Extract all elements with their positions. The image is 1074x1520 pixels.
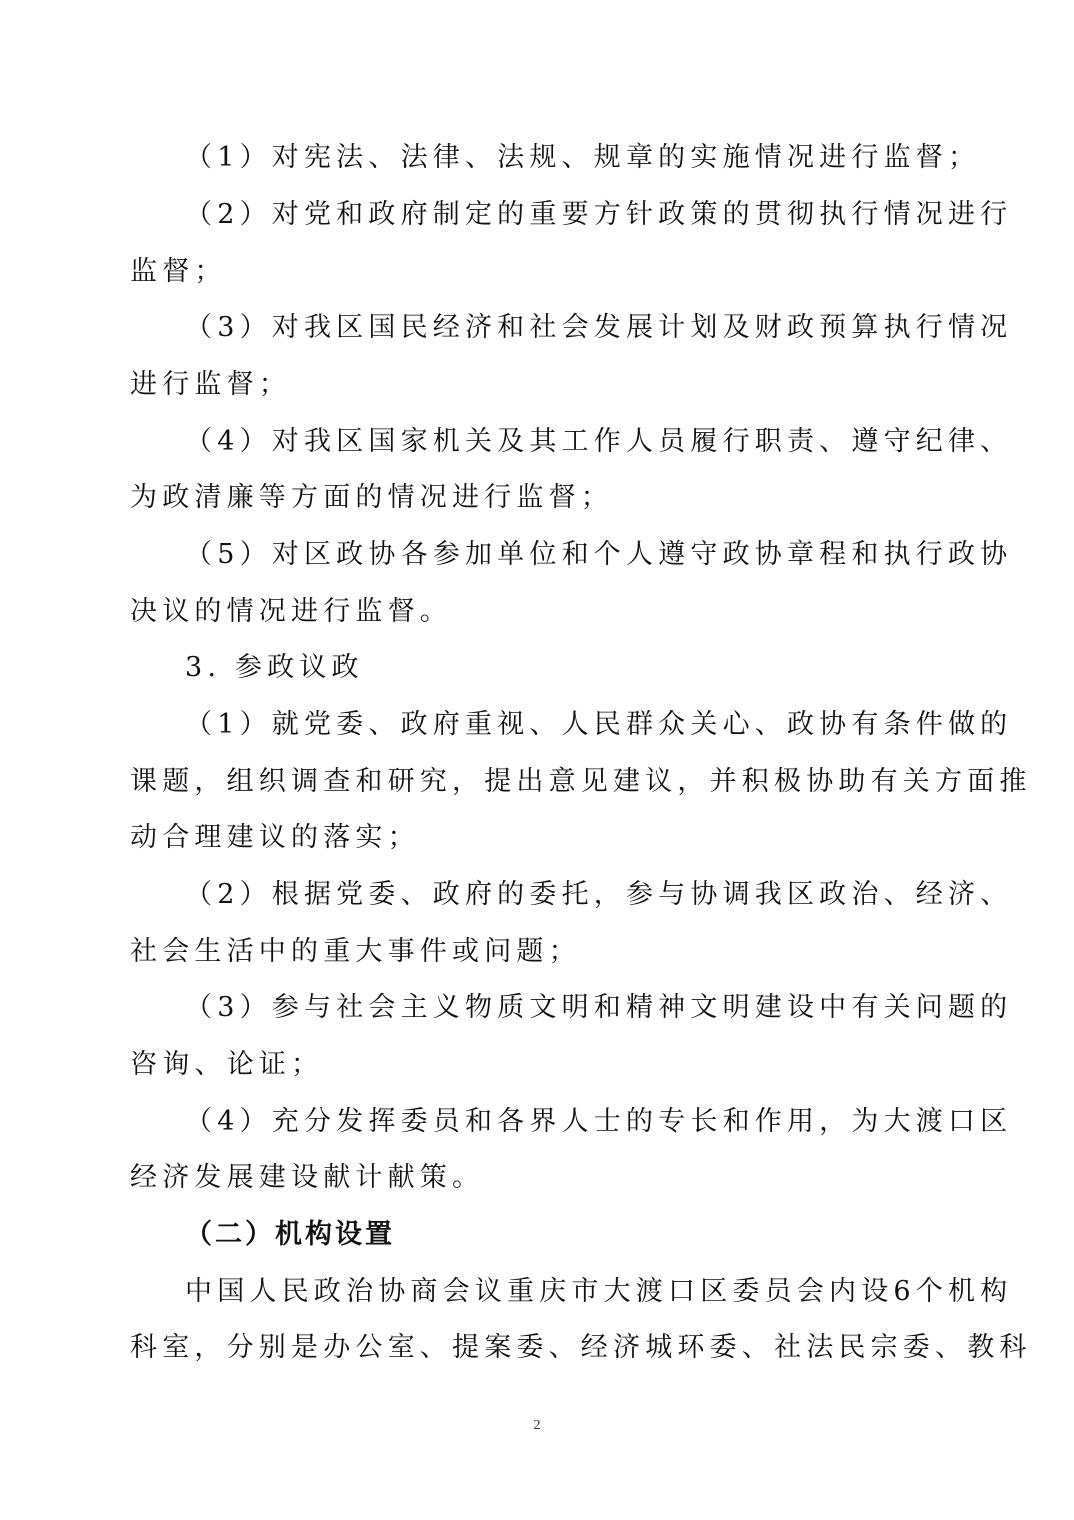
paragraph-line: （1）对宪法、法律、法规、规章的实施情况进行监督； [185, 142, 930, 174]
paragraph-line: 动合理建议的落实； [130, 822, 930, 854]
section-heading-organization: （二）机构设置 [185, 1219, 930, 1251]
paragraph-line: 进行监督； [130, 369, 930, 401]
paragraph-line: 监督； [130, 256, 930, 288]
paragraph-line: （1）就党委、政府重视、人民群众关心、政协有条件做的 [185, 709, 930, 741]
paragraph-line: （3）对我区国民经济和社会发展计划及财政预算执行情况 [185, 312, 930, 344]
paragraph-line: （5）对区政协各参加单位和个人遵守政协章程和执行政协 [185, 539, 930, 571]
paragraph-line: （2）根据党委、政府的委托，参与协调我区政治、经济、 [185, 879, 930, 911]
paragraph-line: 决议的情况进行监督。 [130, 596, 930, 628]
section-heading-3: 3. 参政议政 [185, 652, 930, 684]
paragraph-line: 中国人民政治协商会议重庆市大渡口区委员会内设6个机构 [185, 1276, 930, 1308]
paragraph-line: 经济发展建设献计献策。 [130, 1162, 930, 1194]
paragraph-line: 课题，组织调查和研究，提出意见建议，并积极协助有关方面推 [130, 766, 930, 798]
paragraph-line: 社会生活中的重大事件或问题； [130, 936, 930, 968]
paragraph-line: 科室，分别是办公室、提案委、经济城环委、社法民宗委、教科 [130, 1332, 930, 1364]
paragraph-line: 咨询、论证； [130, 1049, 930, 1081]
paragraph-line: （4）对我区国家机关及其工作人员履行职责、遵守纪律、 [185, 426, 930, 458]
document-page: （1）对宪法、法律、法规、规章的实施情况进行监督； （2）对党和政府制定的重要方… [0, 0, 1074, 1520]
page-number: 2 [0, 1418, 1074, 1434]
paragraph-line: （3）参与社会主义物质文明和精神文明建设中有关问题的 [185, 992, 930, 1024]
paragraph-line: （4）充分发挥委员和各界人士的专长和作用，为大渡口区 [185, 1106, 930, 1138]
paragraph-line: （2）对党和政府制定的重要方针政策的贯彻执行情况进行 [185, 199, 930, 231]
paragraph-line: 为政清廉等方面的情况进行监督； [130, 482, 930, 514]
